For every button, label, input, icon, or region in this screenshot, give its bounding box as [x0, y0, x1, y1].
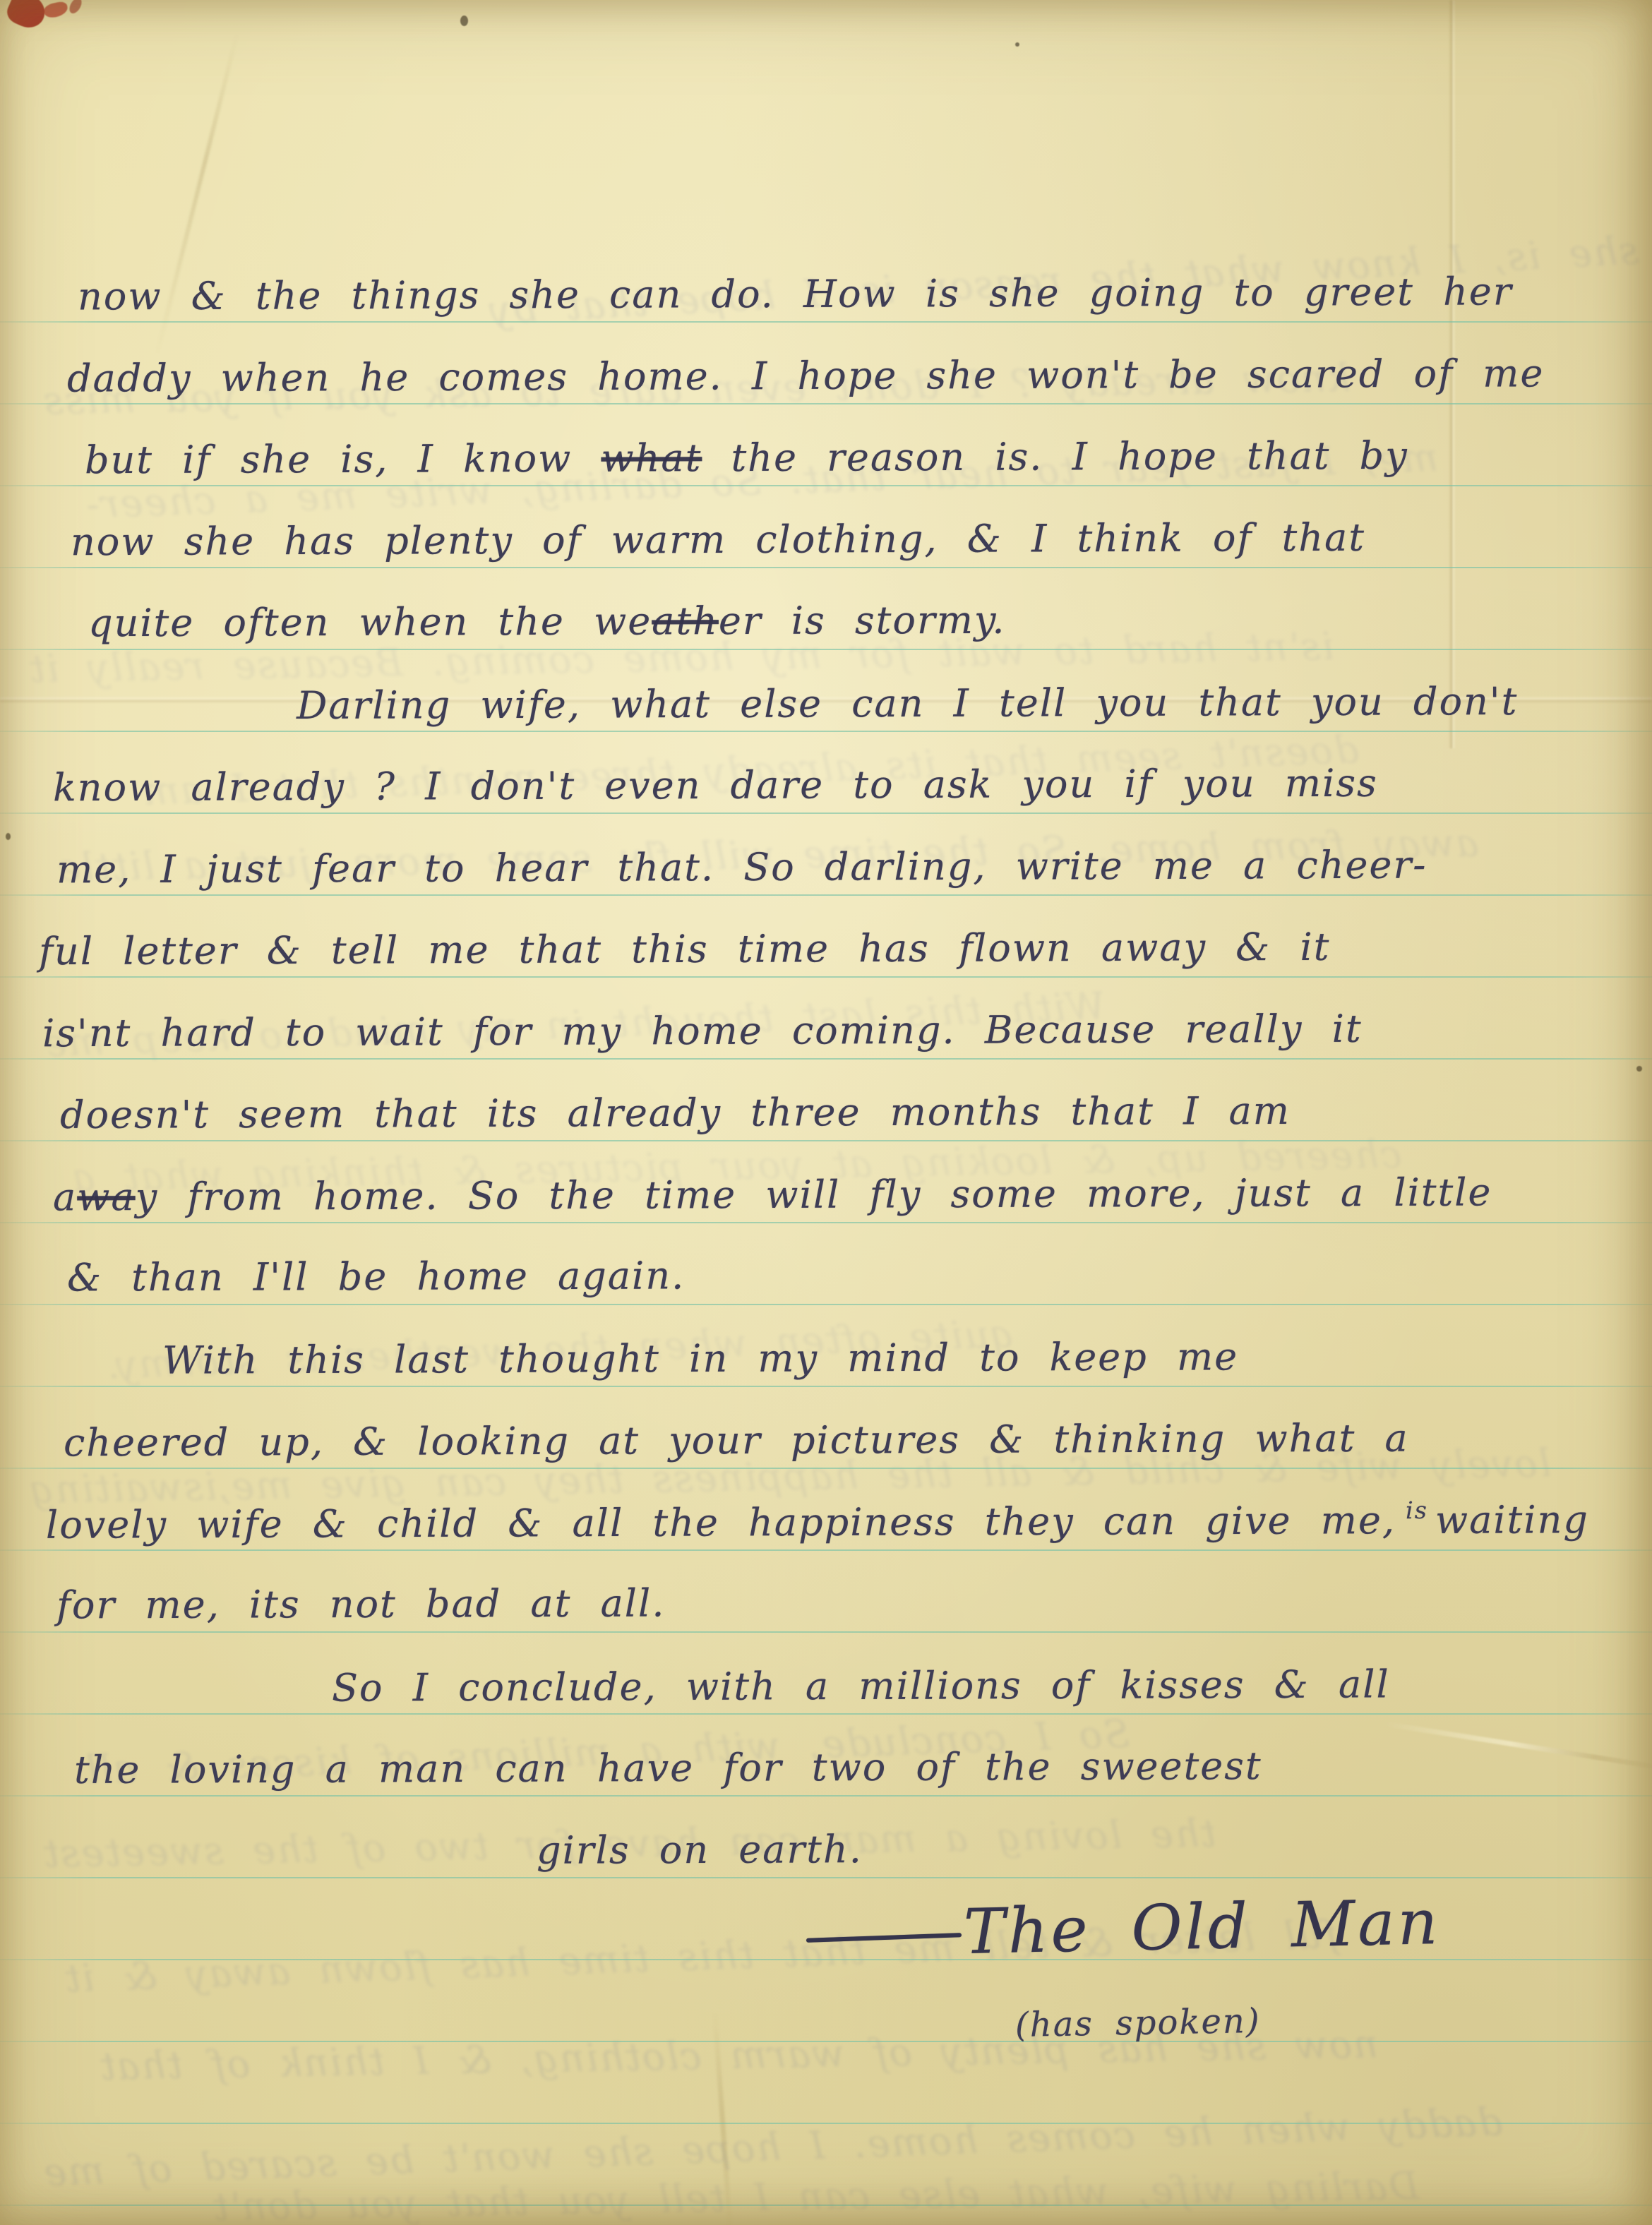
letter-text: cheered up, & looking at your pictures &…	[64, 1416, 1409, 1465]
letter-text: me, I just fear to hear that. So darling…	[56, 843, 1427, 892]
ink-speck	[6, 833, 11, 840]
letter-line: now she has plenty of warm clothing, & I…	[71, 510, 1365, 570]
letter-text: lovely wife & child & all the happiness …	[46, 1498, 1396, 1547]
struck-out-word: ath	[652, 599, 719, 643]
letter-text: doesn't seem that its already three mont…	[60, 1088, 1291, 1137]
letter-text: now she has plenty of warm clothing, & I…	[71, 515, 1365, 564]
letter-line: quite often when the weather is stormy.	[88, 592, 1006, 652]
letter-text: & than I'll be home again.	[67, 1253, 685, 1300]
letter-line: know already ? I don't even dare to ask …	[53, 755, 1378, 817]
bleed-through-text: Darling wife, what else can I tell you t…	[212, 2164, 1420, 2225]
signature-flourish-dash	[806, 1933, 962, 1943]
letter-text: y from home. So the time will fly some m…	[136, 1170, 1492, 1219]
letter-page: but if she is, I know what the reason is…	[0, 0, 1652, 2225]
letter-text: quite often when the we	[88, 599, 652, 645]
ruled-line	[0, 2041, 1652, 2042]
letter-text: the loving a man can have for two of the…	[74, 1744, 1262, 1792]
red-stain	[67, 0, 84, 16]
letter-line: me, I just fear to hear that. So darling…	[56, 837, 1427, 899]
letter-text: girls on earth.	[537, 1827, 863, 1873]
ruled-line	[0, 1959, 1652, 1960]
letter-text: Darling wife, what else can I tell you t…	[297, 679, 1519, 728]
struck-out-word: wa	[77, 1175, 136, 1219]
signature: The Old Man	[963, 1885, 1441, 1968]
letter-line: away from home. So the time will fly som…	[53, 1164, 1492, 1225]
letter-line: daddy when he comes home. I hope she won…	[67, 345, 1545, 407]
letter-text: er is stormy.	[719, 598, 1006, 643]
letter-line: Darling wife, what else can I tell you t…	[297, 673, 1519, 734]
edge-wrinkle	[1385, 1722, 1652, 1770]
bottom-crease	[712, 2012, 733, 2225]
letter-line: So I conclude, with a millions of kisses…	[332, 1656, 1390, 1716]
ruled-line	[0, 2123, 1652, 2124]
ink-speck	[1636, 1066, 1642, 1072]
letter-text: but if she is, I know	[85, 436, 601, 483]
red-stain	[4, 0, 50, 33]
letter-line: ful letter & tell me that this time has …	[39, 919, 1331, 980]
letter-line: girls on earth.	[537, 1821, 863, 1879]
letter-line: With this last thought in my mind to kee…	[162, 1329, 1238, 1389]
bleed-through-text: daddy when he comes home. I hope she won…	[42, 2099, 1503, 2195]
letter-text: the reason is. I hope that by	[702, 433, 1408, 480]
signature-note: (has spoken)	[1015, 2001, 1261, 2045]
letter-text: waiting	[1435, 1497, 1589, 1542]
letter-text: So I conclude, with a millions of kisses…	[332, 1662, 1390, 1710]
ink-speck	[460, 16, 468, 26]
letter-line: doesn't seem that its already three mont…	[60, 1083, 1291, 1144]
letter-line: but if she is, I know what the reason is…	[85, 428, 1408, 489]
letter-line: & than I'll be home again.	[67, 1247, 685, 1306]
letter-line: now & the things she can do. How is she …	[78, 263, 1513, 325]
letter-text: ful letter & tell me that this time has …	[39, 925, 1331, 973]
letter-text: for me, its not bad at all.	[56, 1581, 666, 1627]
inserted-word: is	[1406, 1482, 1428, 1539]
letter-line: lovely wife & child & all the happiness …	[46, 1492, 1589, 1559]
letter-line: is'nt hard to wait for my home coming. B…	[42, 1001, 1363, 1062]
letter-text: now & the things she can do. How is she …	[78, 269, 1513, 318]
ink-speck	[1015, 42, 1019, 47]
red-stain	[42, 1, 68, 20]
struck-out-word: what	[601, 436, 702, 480]
letter-text: daddy when he comes home. I hope she won…	[67, 351, 1545, 400]
letter-text: know already ? I don't even dare to ask …	[53, 761, 1378, 810]
letter-line: the loving a man can have for two of the…	[74, 1738, 1262, 1799]
ruled-line	[0, 2205, 1652, 2206]
letter-line: for me, its not bad at all.	[56, 1575, 666, 1633]
letter-text: a	[53, 1175, 77, 1219]
letter-line: cheered up, & looking at your pictures &…	[64, 1410, 1409, 1472]
letter-text: With this last thought in my mind to kee…	[162, 1334, 1238, 1382]
letter-text: is'nt hard to wait for my home coming. B…	[42, 1007, 1363, 1056]
